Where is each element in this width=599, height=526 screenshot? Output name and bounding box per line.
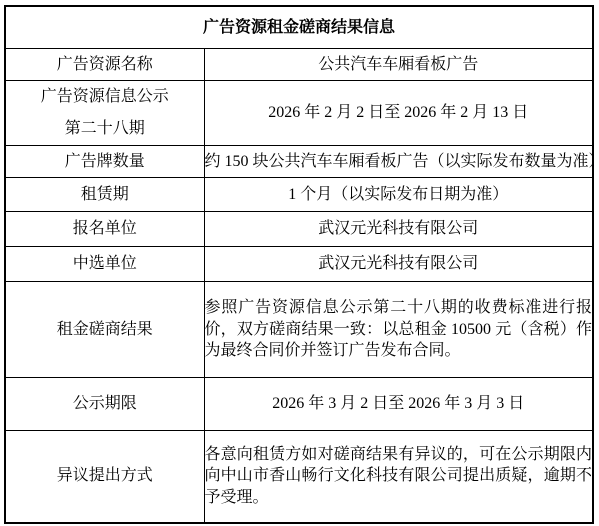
row-value-objection-method: 各意向租赁方如对磋商结果有异议的，可在公示期限内向中山市香山畅行文化科技有限公司… <box>204 431 593 523</box>
table-row: 公示期限 2026 年 3 月 2 日至 2026 年 3 月 3 日 <box>5 378 593 431</box>
table-title-row: 广告资源租金磋商结果信息 <box>5 6 593 49</box>
row-label-ad-resource-name: 广告资源名称 <box>5 49 204 81</box>
row-value-registered-unit: 武汉元光科技有限公司 <box>204 212 593 247</box>
row-value-publicity-deadline: 2026 年 3 月 2 日至 2026 年 3 月 3 日 <box>204 378 593 431</box>
row-value-lease-term: 1 个月（以实际发布日期为准） <box>204 178 593 212</box>
table-row: 异议提出方式 各意向租赁方如对磋商结果有异议的，可在公示期限内向中山市香山畅行文… <box>5 431 593 523</box>
table-row: 广告资源名称 公共汽车车厢看板广告 <box>5 49 593 81</box>
row-value-selected-unit: 武汉元光科技有限公司 <box>204 247 593 282</box>
row-label-lease-term: 租赁期 <box>5 178 204 212</box>
table-row: 租赁期 1 个月（以实际发布日期为准） <box>5 178 593 212</box>
row-value-billboard-quantity: 约 150 块公共汽车车厢看板广告（以实际发布数量为准） <box>204 146 593 178</box>
row-value-rent-negotiation-result: 参照广告资源信息公示第二十八期的收费标准进行报价，双方磋商结果一致：以总租金 1… <box>204 282 593 378</box>
table-row: 租金磋商结果 参照广告资源信息公示第二十八期的收费标准进行报价，双方磋商结果一致… <box>5 282 593 378</box>
row-label-objection-method: 异议提出方式 <box>5 431 204 523</box>
row-label-registered-unit: 报名单位 <box>5 212 204 247</box>
row-label-publicity-issue: 广告资源信息公示 第二十八期 <box>5 81 204 146</box>
row-value-publicity-issue-dates: 2026 年 2 月 2 日至 2026 年 2 月 13 日 <box>204 81 593 146</box>
table-row: 报名单位 武汉元光科技有限公司 <box>5 212 593 247</box>
row-label-billboard-quantity: 广告牌数量 <box>5 146 204 178</box>
row-label-publicity-deadline: 公示期限 <box>5 378 204 431</box>
table-row: 广告资源信息公示 第二十八期 2026 年 2 月 2 日至 2026 年 2 … <box>5 81 593 146</box>
row-value-ad-resource-name: 公共汽车车厢看板广告 <box>204 49 593 81</box>
row-label-selected-unit: 中选单位 <box>5 247 204 282</box>
table-row: 中选单位 武汉元光科技有限公司 <box>5 247 593 282</box>
page-title: 广告资源租金磋商结果信息 <box>5 6 593 49</box>
table-row: 广告牌数量 约 150 块公共汽车车厢看板广告（以实际发布数量为准） <box>5 146 593 178</box>
row-label-rent-negotiation-result: 租金磋商结果 <box>5 282 204 378</box>
negotiation-result-table: 广告资源租金磋商结果信息 广告资源名称 公共汽车车厢看板广告 广告资源信息公示 … <box>4 5 594 524</box>
